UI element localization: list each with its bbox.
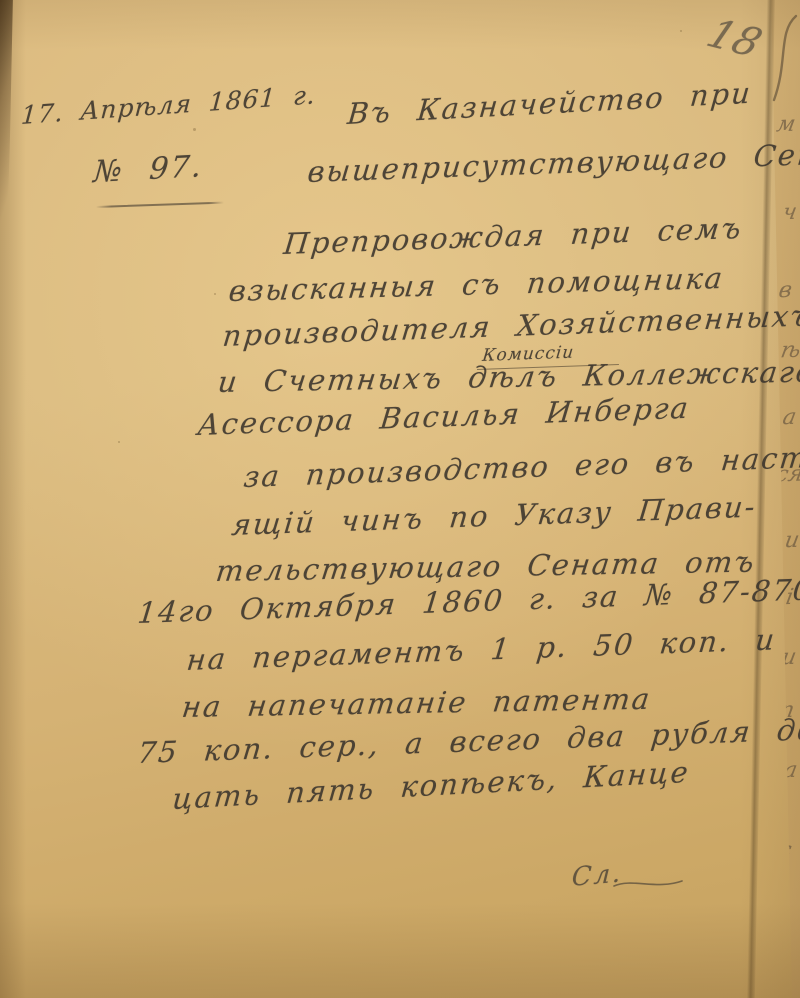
document-number: № 97.	[92, 150, 205, 190]
edge-fragment: а	[781, 405, 799, 430]
paraph-flourish	[612, 876, 684, 892]
paper-speck	[118, 441, 120, 443]
edge-fragment: ч	[781, 200, 799, 225]
edge-flourish-stroke	[772, 14, 800, 106]
paper-speck	[193, 128, 196, 131]
scanned-document: м ч в ѣ а ся и і и п а с 18 17. Апрѣля 1…	[0, 0, 800, 998]
edge-fragment: м	[775, 112, 798, 138]
paper-speck	[680, 30, 682, 32]
paper-speck	[214, 293, 216, 295]
edge-fragment: и	[783, 528, 800, 553]
